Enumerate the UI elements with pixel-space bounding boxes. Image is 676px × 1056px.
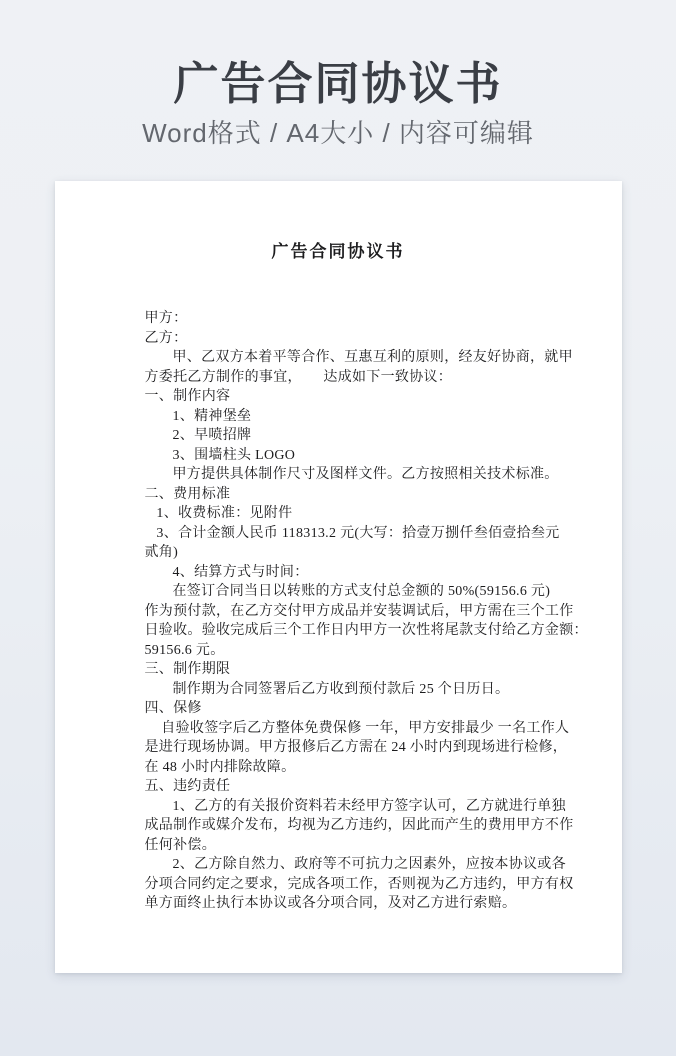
- header-title: 广告合同协议书: [0, 58, 676, 110]
- doc-line-item-2-3b: 贰角): [145, 543, 544, 563]
- doc-line-section-1: 一、制作内容: [145, 387, 544, 407]
- document-body: 甲方： 乙方： 甲、乙双方本着平等合作、互惠互利的原则，经友好协商，就甲 方委托…: [145, 309, 544, 914]
- doc-line-item-1-3: 3、围墙柱头 LOGO: [145, 446, 544, 466]
- doc-line-breach-2b: 分项合同约定之要求，完成各项工作，否则视为乙方违约，甲方有权: [145, 875, 544, 895]
- doc-line-item-2-3a: 3、合计金额人民币 118313.2 元(大写：拾壹万捌仟叁佰壹拾叁元: [145, 524, 544, 544]
- doc-line-preamble-1: 甲、乙双方本着平等合作、互惠互利的原则，经友好协商，就甲: [145, 348, 544, 368]
- doc-line-section-1-note: 甲方提供具体制作尺寸及图样文件。乙方按照相关技术标准。: [145, 465, 544, 485]
- doc-line-item-1-1: 1、精神堡垒: [145, 407, 544, 427]
- doc-line-warranty-3: 在 48 小时内排除故障。: [145, 758, 544, 778]
- header: 广告合同协议书 Word格式 / A4大小 / 内容可编辑: [0, 0, 676, 148]
- document-title: 广告合同协议书: [145, 241, 544, 263]
- doc-line-section-2: 二、费用标准: [145, 485, 544, 505]
- doc-line-breach-2c: 单方面终止执行本协议或各分项合同，及对乙方进行索赔。: [145, 894, 544, 914]
- doc-line-payment-3: 日验收。验收完成后三个工作日内甲方一次性将尾款支付给乙方金额：: [145, 621, 544, 641]
- doc-line-warranty-2: 是进行现场协调。甲方报修后乙方需在 24 小时内到现场进行检修，: [145, 738, 544, 758]
- header-subtitle: Word格式 / A4大小 / 内容可编辑: [0, 118, 676, 148]
- page-background: 广告合同协议书 Word格式 / A4大小 / 内容可编辑 广告合同协议书 甲方…: [0, 0, 676, 1056]
- doc-line-warranty-1: 自验收签字后乙方整体免费保修 一年，甲方安排最少 一名工作人: [145, 719, 544, 739]
- doc-line-section-3-body: 制作期为合同签署后乙方收到预付款后 25 个日历日。: [145, 680, 544, 700]
- doc-line-breach-1b: 成品制作或媒介发布，均视为乙方违约，因此而产生的费用甲方不作: [145, 816, 544, 836]
- doc-line-payment-4: 59156.6 元。: [145, 641, 544, 661]
- document-page: 广告合同协议书 甲方： 乙方： 甲、乙双方本着平等合作、互惠互利的原则，经友好协…: [55, 181, 622, 973]
- doc-line-payment-1: 在签订合同当日以转账的方式支付总金额的 50%(59156.6 元): [145, 582, 544, 602]
- doc-line-breach-1a: 1、乙方的有关报价资料若未经甲方签字认可，乙方就进行单独: [145, 797, 544, 817]
- doc-line-item-2-1: 1、收费标准：见附件: [145, 504, 544, 524]
- doc-line-party-b: 乙方：: [145, 329, 544, 349]
- doc-line-breach-1c: 任何补偿。: [145, 836, 544, 856]
- doc-line-party-a: 甲方：: [145, 309, 544, 329]
- doc-line-preamble-2: 方委托乙方制作的事宜， 达成如下一致协议：: [145, 368, 544, 388]
- doc-line-item-1-2: 2、早喷招牌: [145, 426, 544, 446]
- doc-line-section-5: 五、违约责任: [145, 777, 544, 797]
- doc-line-section-4: 四、保修: [145, 699, 544, 719]
- doc-line-item-2-4: 4、结算方式与时间：: [145, 563, 544, 583]
- doc-line-section-3: 三、制作期限: [145, 660, 544, 680]
- doc-line-breach-2a: 2、乙方除自然力、政府等不可抗力之因素外，应按本协议或各: [145, 855, 544, 875]
- doc-line-payment-2: 作为预付款，在乙方交付甲方成品并安装调试后，甲方需在三个工作: [145, 602, 544, 622]
